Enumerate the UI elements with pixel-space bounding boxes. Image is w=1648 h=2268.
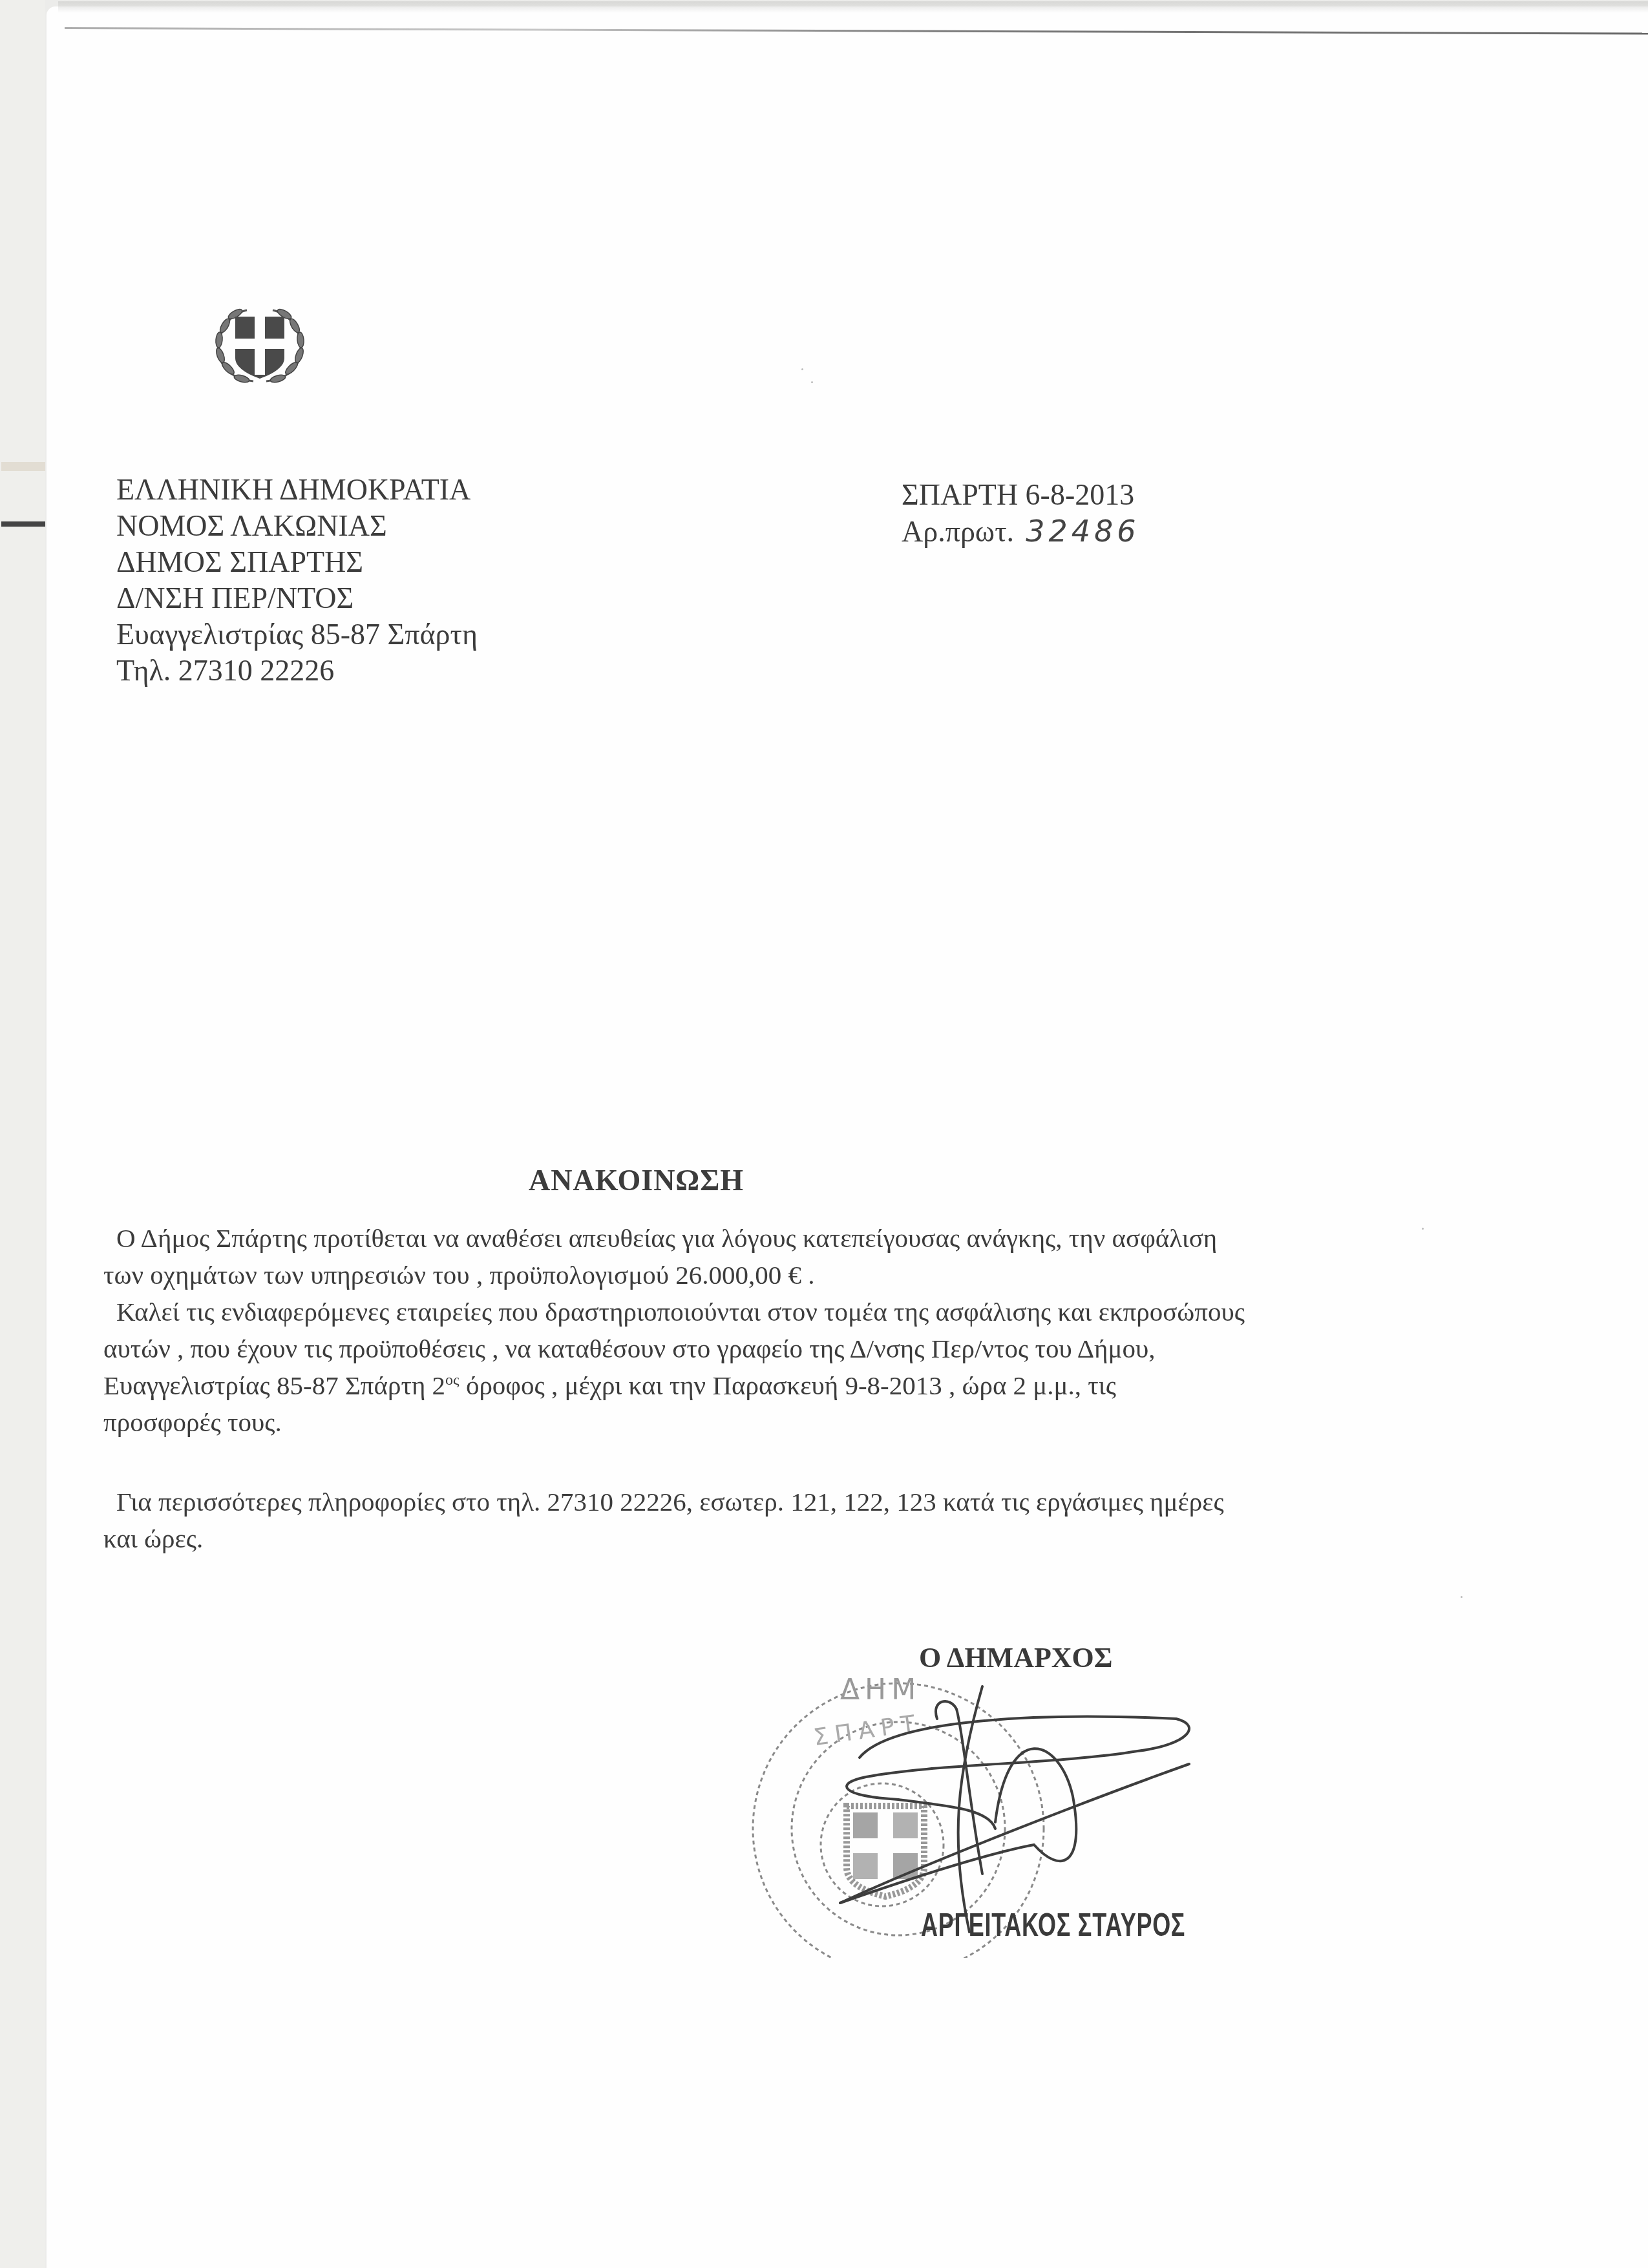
prefecture-line: ΝΟΜΟΣ ΛΑΚΩΝΙΑΣ — [116, 508, 478, 544]
paragraph-contact: Για περισσότερες πληροφορίες στο τηλ. 27… — [103, 1484, 1493, 1557]
address-line: Ευαγγελιστρίας 85-87 Σπάρτη — [116, 616, 478, 653]
signatory-name: ΑΡΓΕΙΤΑΚΟΣ ΣΤΑΥΡΟΣ — [921, 1906, 1185, 1944]
body-line: προσφορές τους. — [103, 1404, 1493, 1441]
body-line: και ώρες. — [103, 1520, 1493, 1557]
paragraph-invitation: Καλεί τις ενδιαφερόμενες εταιρείες που δ… — [103, 1294, 1493, 1441]
date-protocol-block: ΣΠΑΡΤΗ 6-8-2013 Αρ.πρωτ.32486 — [902, 477, 1139, 550]
scan-edge-mark — [1, 521, 45, 527]
department-line: Δ/ΝΣΗ ΠΕΡ/ΝΤΟΣ — [116, 580, 478, 616]
body-line: Ο Δήμος Σπάρτης προτίθεται να αναθέσει α… — [103, 1220, 1493, 1257]
scan-artifact — [1461, 1596, 1463, 1598]
paragraph-intent: Ο Δήμος Σπάρτης προτίθεται να αναθέσει α… — [103, 1220, 1493, 1294]
greek-coat-of-arms-icon — [208, 299, 312, 389]
protocol-line: Αρ.πρωτ.32486 — [902, 513, 1139, 550]
body-line: Ευαγγελιστρίας 85-87 Σπάρτη 2ος όροφος ,… — [103, 1367, 1493, 1404]
seal-text: ΔΗΜ — [840, 1674, 921, 1706]
svg-text:ΣΠΑΡΤ: ΣΠΑΡΤ — [812, 1710, 923, 1751]
paragraph-spacer — [103, 1441, 1493, 1484]
announcement-body: Ο Δήμος Σπάρτης προτίθεται να αναθέσει α… — [103, 1220, 1493, 1557]
scanner-left-edge — [0, 0, 45, 2268]
sender-address-block: ΕΛΛΗΝΙΚΗ ΔΗΜΟΚΡΑΤΙΑ ΝΟΜΟΣ ΛΑΚΩΝΙΑΣ ΔΗΜΟΣ… — [116, 472, 478, 689]
scan-artifact — [1422, 1228, 1424, 1230]
scan-artifact — [811, 381, 813, 383]
country-line: ΕΛΛΗΝΙΚΗ ΔΗΜΟΚΡΑΤΙΑ — [116, 472, 478, 508]
body-text-segment: Ευαγγελιστρίας 85-87 Σπάρτη 2 — [103, 1370, 445, 1400]
body-line: Για περισσότερες πληροφορίες στο τηλ. 27… — [103, 1484, 1493, 1520]
body-line: αυτών , που έχουν τις προϋποθέσεις , να … — [103, 1330, 1493, 1367]
body-line: των οχημάτων των υπηρεσιών του , προϋπολ… — [103, 1257, 1493, 1294]
place-date: ΣΠΑΡΤΗ 6-8-2013 — [902, 477, 1139, 513]
protocol-label: Αρ.πρωτ. — [902, 515, 1014, 548]
phone-line: Τηλ. 27310 22226 — [116, 653, 478, 689]
scan-top-shadow — [58, 1, 1648, 13]
ordinal-superscript: ος — [445, 1372, 460, 1389]
municipality-line: ΔΗΜΟΣ ΣΠΑΡΤΗΣ — [116, 544, 478, 580]
body-text-segment: όροφος , μέχρι και την Παρασκευή 9-8-201… — [460, 1370, 1116, 1400]
scan-artifact — [1, 462, 45, 471]
scan-artifact — [801, 368, 803, 370]
body-line: Καλεί τις ενδιαφερόμενες εταιρείες που δ… — [103, 1294, 1493, 1330]
protocol-number-handwritten: 32486 — [1026, 514, 1139, 549]
document-title: ΑΝΑΚΟΙΝΩΣΗ — [529, 1163, 744, 1197]
